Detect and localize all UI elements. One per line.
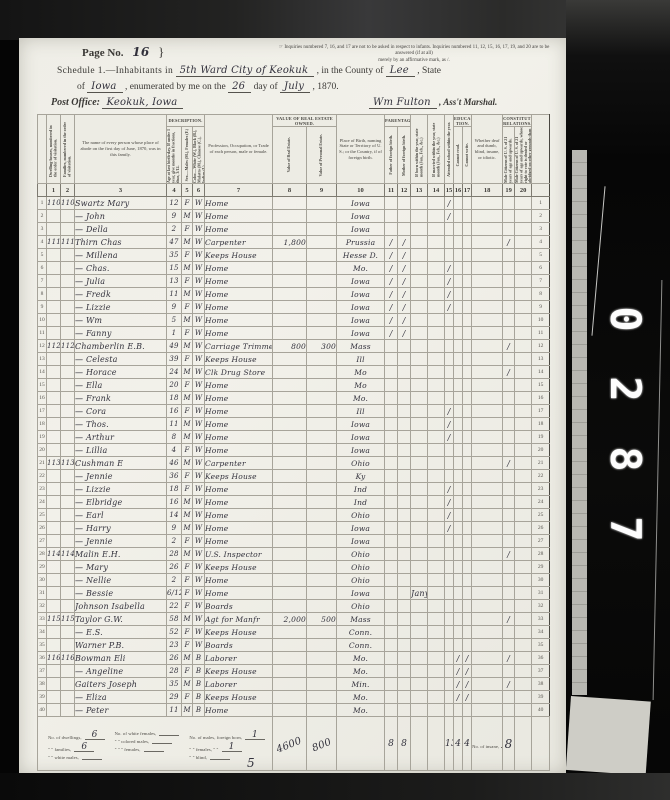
cell-family [61, 392, 75, 405]
post-office-handwritten: Keokuk, Iowa [102, 97, 183, 109]
cell-family [61, 496, 75, 509]
cell-real-estate [273, 353, 307, 366]
cell-deaf-dumb [472, 626, 503, 639]
cell-deaf-dumb [472, 405, 503, 418]
cell-cannot-write-tick [463, 496, 472, 509]
cell-born-month [411, 509, 428, 522]
col-family-header: Families, numbered in the order of visit… [61, 115, 75, 184]
cell-cannot-read-tick [454, 340, 463, 353]
cell-cannot-write-tick [463, 236, 472, 249]
cell-color: W [193, 197, 205, 210]
cell-row-number-left: 38 [38, 678, 47, 691]
cell-personal-estate [307, 418, 337, 431]
col-cannot-read-header: Cannot read. [454, 127, 463, 184]
insane-recap-cell: No. of insane, [472, 717, 503, 771]
cell-male-citizen-tick [503, 223, 515, 236]
cell-name: Thirn Chas [75, 236, 167, 249]
cell-married-month [428, 223, 445, 236]
cell-real-estate [273, 262, 307, 275]
cell-school-tick [445, 665, 454, 678]
cell-color: W [193, 535, 205, 548]
cell-mother-foreign-tick [398, 197, 411, 210]
cell-color: W [193, 457, 205, 470]
cell-cannot-write-tick [463, 522, 472, 535]
recap-line: " " white males, [48, 755, 105, 760]
cell-dwelling [47, 600, 61, 613]
cell-color: W [193, 626, 205, 639]
cell-male-citizen-tick [503, 314, 515, 327]
cell-family: 111 [61, 236, 75, 249]
cell-school-tick [445, 314, 454, 327]
cell-cannot-read-tick [454, 210, 463, 223]
cell-male-citizen-tick: / [503, 613, 515, 626]
cell-sex: M [182, 457, 193, 470]
cell-personal-estate [307, 444, 337, 457]
cell-row-number-left: 2 [38, 210, 47, 223]
cell-married-month [428, 275, 445, 288]
cell-real-estate [273, 210, 307, 223]
cell-family [61, 522, 75, 535]
cell-name: Swartz Mary [75, 197, 167, 210]
cell-born-month [411, 431, 428, 444]
cell-row-number-left: 7 [38, 275, 47, 288]
cell-dwelling [47, 483, 61, 496]
cell-married-month [428, 470, 445, 483]
recap-line: No. of dwellings,6 [48, 731, 105, 740]
cell-sex: F [182, 691, 193, 704]
cell-mother-foreign-tick [398, 340, 411, 353]
cell-row-number-right: 20 [532, 444, 550, 457]
cell-real-estate [273, 535, 307, 548]
cell-name: Gaiters Joseph [75, 678, 167, 691]
cell-deaf-dumb [472, 379, 503, 392]
cell-family [61, 678, 75, 691]
census-page: Page No. 16 } ☞ Inquiries numbered 7, 16… [19, 38, 567, 775]
cell-mother-foreign-tick [398, 457, 411, 470]
cell-father-foreign-tick [385, 210, 398, 223]
cell-cannot-write-tick: / [463, 665, 472, 678]
cell-color: W [193, 405, 205, 418]
cell-mother-foreign-tick [398, 522, 411, 535]
cell-deaf-dumb [472, 678, 503, 691]
table-row: 27 — Jennie 2 F W Home Iowa [38, 535, 550, 548]
cell-mother-foreign-tick [398, 600, 411, 613]
table-row: 31 — Bessie 6/12 F W Home Iowa Jany [38, 587, 550, 600]
cell-row-number-right: 6 [532, 262, 550, 275]
cell-age: 35 [167, 249, 182, 262]
cell-vote-denied [515, 392, 532, 405]
cell-name: Warner P.B. [75, 639, 167, 652]
cell-dwelling [47, 665, 61, 678]
table-row: 30 — Nellie 2 F W Home Ohio [38, 574, 550, 587]
cell-sex: F [182, 587, 193, 600]
cell-deaf-dumb [472, 210, 503, 223]
cell-birthplace: Ohio [337, 509, 385, 522]
cell-cannot-write-tick [463, 327, 472, 340]
cell-family [61, 691, 75, 704]
cell-color: W [193, 392, 205, 405]
cell-male-citizen-tick: / [503, 548, 515, 561]
table-row: 11 — Fanny 1 F W Home Iowa / / [38, 327, 550, 340]
cell-vote-denied [515, 600, 532, 613]
cell-school-tick: / [445, 496, 454, 509]
table-row: 17 — Cora 16 F W Home Ill [38, 405, 550, 418]
cell-father-foreign-tick [385, 652, 398, 665]
cell-male-citizen-tick: / [503, 457, 515, 470]
cell-married-month [428, 652, 445, 665]
cell-occupation: Home [205, 301, 273, 314]
table-row: 7 — Julia 13 F W Home Iowa / / [38, 275, 550, 288]
cell-row-number-left: 25 [38, 509, 47, 522]
cell-row-number-left: 19 [38, 431, 47, 444]
cell-male-citizen-tick [503, 444, 515, 457]
cell-row-number-right: 31 [532, 587, 550, 600]
cell-family [61, 379, 75, 392]
col-school-header: Attended school within the year. [445, 115, 454, 184]
cell-color: W [193, 236, 205, 249]
cell-vote-denied [515, 457, 532, 470]
cell-vote-denied [515, 509, 532, 522]
cell-vote-denied [515, 652, 532, 665]
cell-male-citizen-tick [503, 470, 515, 483]
table-row: 37 — Angeline 28 F B Keeps House Mo. [38, 665, 550, 678]
cell-birthplace: Ill [337, 405, 385, 418]
table-row: 28 114 114 Malin E.H. 28 M W U.S. Inspec… [38, 548, 550, 561]
cell-family: 110 [61, 197, 75, 210]
cell-mother-foreign-tick [398, 223, 411, 236]
cell-name: — Wm [75, 314, 167, 327]
cell-name: — Angeline [75, 665, 167, 678]
cell-father-foreign-tick: / [385, 236, 398, 249]
recap-line: " " colored males, [115, 739, 180, 744]
cell-family [61, 353, 75, 366]
col-born-month-header: If born within the year, state month (Ja… [411, 115, 428, 184]
cell-real-estate [273, 444, 307, 457]
cell-birthplace: Iowa [337, 522, 385, 535]
cell-name: — Frank [75, 392, 167, 405]
cell-occupation: Keeps House [205, 691, 273, 704]
cell-occupation: Keeps House [205, 470, 273, 483]
col-married-month-header: If married within the year, state month … [428, 115, 445, 184]
cell-school-tick [445, 639, 454, 652]
cell-row-number-right: 39 [532, 691, 550, 704]
col-occupation-header: Profession, Occupation, or Trade of each… [205, 115, 273, 184]
cell-birthplace: Conn. [337, 626, 385, 639]
cell-cannot-read-tick [454, 379, 463, 392]
cell-vote-denied [515, 236, 532, 249]
cell-birthplace: Ohio [337, 574, 385, 587]
cell-cannot-write-tick [463, 444, 472, 457]
cell-row-number-right: 18 [532, 418, 550, 431]
cell-real-estate [273, 509, 307, 522]
table-row: 16 — Frank 18 M W Home Mo. [38, 392, 550, 405]
cell-dwelling: 115 [47, 613, 61, 626]
cell-row-number-left: 11 [38, 327, 47, 340]
cell-age: 22 [167, 600, 182, 613]
cell-mother-foreign-tick: / [398, 262, 411, 275]
cell-family [61, 405, 75, 418]
cell-married-month [428, 327, 445, 340]
cell-family: 114 [61, 548, 75, 561]
cell-cannot-read-tick [454, 301, 463, 314]
cell-male-citizen-tick [503, 197, 515, 210]
post-office-line: Post Office: Keokuk, Iowa [51, 97, 183, 108]
cell-school-tick [445, 353, 454, 366]
cell-family [61, 327, 75, 340]
cell-deaf-dumb [472, 236, 503, 249]
cell-male-citizen-tick [503, 379, 515, 392]
cell-born-month [411, 366, 428, 379]
cell-male-citizen-tick [503, 483, 515, 496]
cell-deaf-dumb [472, 561, 503, 574]
table-row: 6 — Chas. 15 M W Home Mo. / / [38, 262, 550, 275]
cell-mother-foreign-tick [398, 379, 411, 392]
cell-dwelling: 113 [47, 457, 61, 470]
cell-birthplace: Mo. [337, 392, 385, 405]
cell-real-estate [273, 574, 307, 587]
cell-real-estate: 800 [273, 340, 307, 353]
cell-name: — Peter [75, 704, 167, 717]
adjacent-page-corner [566, 696, 651, 775]
cell-dwelling [47, 392, 61, 405]
cell-name: — Cora [75, 405, 167, 418]
cell-mother-foreign-tick [398, 444, 411, 457]
cell-personal-estate [307, 431, 337, 444]
cell-sex: M [182, 652, 193, 665]
cell-sex: F [182, 639, 193, 652]
cell-color: W [193, 522, 205, 535]
cell-school-tick [445, 327, 454, 340]
cell-father-foreign-tick [385, 509, 398, 522]
cell-family [61, 431, 75, 444]
cell-color: W [193, 249, 205, 262]
cell-vote-denied [515, 275, 532, 288]
cell-age: 2 [167, 535, 182, 548]
cell-row-number-left: 26 [38, 522, 47, 535]
table-row: 33 115 115 Taylor G.W. 58 M W Agt for Ma… [38, 613, 550, 626]
cell-father-foreign-tick [385, 223, 398, 236]
adjacent-page-sliver [572, 150, 587, 695]
cell-father-foreign-tick: / [385, 275, 398, 288]
cell-father-foreign-tick [385, 600, 398, 613]
cell-cannot-write-tick [463, 587, 472, 600]
cell-occupation: Home [205, 392, 273, 405]
cell-born-month [411, 652, 428, 665]
cell-row-number-right: 26 [532, 522, 550, 535]
cell-color: B [193, 665, 205, 678]
cell-sex: M [182, 340, 193, 353]
cell-married-month [428, 704, 445, 717]
cell-married-month [428, 353, 445, 366]
cell-school-tick [445, 587, 454, 600]
cell-row-number-right: 30 [532, 574, 550, 587]
cell-personal-estate [307, 288, 337, 301]
cell-name: — Elbridge [75, 496, 167, 509]
cell-occupation: Home [205, 483, 273, 496]
cell-birthplace: Ill [337, 353, 385, 366]
cell-personal-estate: 500 [307, 613, 337, 626]
cell-personal-estate [307, 600, 337, 613]
cell-occupation: Home [205, 587, 273, 600]
recap-line: No. of males, foreign born,1 [189, 731, 265, 740]
cell-color: W [193, 275, 205, 288]
cell-real-estate [273, 600, 307, 613]
cell-married-month [428, 366, 445, 379]
cell-occupation: Home [205, 197, 273, 210]
cell-deaf-dumb [472, 223, 503, 236]
table-row: 23 — Lizzie 18 F W Home Ind [38, 483, 550, 496]
film-digit-8: 8 [590, 435, 660, 483]
cell-vote-denied [515, 470, 532, 483]
cell-deaf-dumb [472, 509, 503, 522]
cell-real-estate [273, 548, 307, 561]
cell-vote-denied [515, 210, 532, 223]
cell-occupation: Home [205, 704, 273, 717]
cell-cannot-read-tick [454, 626, 463, 639]
cell-personal-estate [307, 236, 337, 249]
cell-personal-estate [307, 561, 337, 574]
cell-male-citizen-tick [503, 665, 515, 678]
cell-name: — Mary [75, 561, 167, 574]
cell-cannot-read-tick [454, 314, 463, 327]
cell-vote-denied [515, 431, 532, 444]
cell-vote-denied [515, 483, 532, 496]
cell-sex: F [182, 353, 193, 366]
cell-cannot-write-tick [463, 457, 472, 470]
cell-mother-foreign-tick [398, 574, 411, 587]
cell-personal-estate [307, 262, 337, 275]
cell-sex: M [182, 522, 193, 535]
cell-name: — Harry [75, 522, 167, 535]
cell-married-month [428, 496, 445, 509]
cell-dwelling [47, 366, 61, 379]
cell-vote-denied [515, 262, 532, 275]
cell-cannot-write-tick [463, 639, 472, 652]
cell-school-tick [445, 457, 454, 470]
cell-occupation: Home [205, 418, 273, 431]
cell-age: 2 [167, 574, 182, 587]
cell-row-number-right: 5 [532, 249, 550, 262]
cell-color: W [193, 418, 205, 431]
cell-personal-estate [307, 535, 337, 548]
cell-father-foreign-tick [385, 366, 398, 379]
cell-cannot-read-tick: / [454, 678, 463, 691]
cell-occupation: Home [205, 535, 273, 548]
cell-personal-estate [307, 366, 337, 379]
cell-dwelling [47, 561, 61, 574]
cell-born-month [411, 223, 428, 236]
cell-male-citizen-tick: / [503, 366, 515, 379]
cell-age: 12 [167, 197, 182, 210]
cell-deaf-dumb [472, 522, 503, 535]
table-row: 25 — Earl 14 M W Home Ohio [38, 509, 550, 522]
cell-sex: F [182, 197, 193, 210]
cell-row-number-left: 20 [38, 444, 47, 457]
cell-color: W [193, 431, 205, 444]
cell-age: 18 [167, 483, 182, 496]
cell-real-estate [273, 626, 307, 639]
cell-occupation: Home [205, 288, 273, 301]
cell-mother-foreign-tick [398, 210, 411, 223]
cell-vote-denied [515, 626, 532, 639]
film-digit-2: 2 [590, 365, 660, 413]
cell-row-number-right: 22 [532, 470, 550, 483]
cell-cannot-read-tick [454, 288, 463, 301]
cell-married-month [428, 236, 445, 249]
cell-age: 29 [167, 691, 182, 704]
cell-deaf-dumb [472, 327, 503, 340]
cell-sex: M [182, 509, 193, 522]
cell-family [61, 561, 75, 574]
cell-birthplace: Iowa [337, 535, 385, 548]
cell-school-tick: / [445, 288, 454, 301]
cell-birthplace: Iowa [337, 444, 385, 457]
table-row: 14 — Horace 24 M W Clk Drug Store Mo [38, 366, 550, 379]
cell-school-tick [445, 340, 454, 353]
cell-dwelling [47, 509, 61, 522]
cell-row-number-right: 12 [532, 340, 550, 353]
cell-father-foreign-tick [385, 639, 398, 652]
cell-color: B [193, 691, 205, 704]
cell-name: — Lillia [75, 444, 167, 457]
cell-dwelling [47, 418, 61, 431]
cell-personal-estate [307, 626, 337, 639]
cell-dwelling [47, 587, 61, 600]
cell-family [61, 665, 75, 678]
cell-name: Taylor G.W. [75, 613, 167, 626]
cell-occupation: Home [205, 327, 273, 340]
cell-born-month [411, 665, 428, 678]
cell-row-number-right: 3 [532, 223, 550, 236]
cell-sex: M [182, 314, 193, 327]
cell-occupation: Home [205, 444, 273, 457]
cell-name: — Eliza [75, 691, 167, 704]
col-mother-foreign-header: Mother of foreign birth. [398, 127, 411, 184]
table-row: 4 111 111 Thirn Chas 47 M W Carpenter 1,… [38, 236, 550, 249]
cell-mother-foreign-tick: / [398, 249, 411, 262]
cell-row-number-left: 36 [38, 652, 47, 665]
cell-born-month [411, 314, 428, 327]
cell-male-citizen-tick [503, 561, 515, 574]
cell-male-citizen-tick [503, 574, 515, 587]
cell-row-number-right: 27 [532, 535, 550, 548]
cell-male-citizen-tick [503, 522, 515, 535]
cell-birthplace: Iowa [337, 327, 385, 340]
cell-male-citizen-tick [503, 431, 515, 444]
cell-born-month [411, 535, 428, 548]
cell-deaf-dumb [472, 483, 503, 496]
cell-dwelling: 116 [47, 652, 61, 665]
cell-row-number-left: 24 [38, 496, 47, 509]
cell-personal-estate [307, 665, 337, 678]
cell-male-citizen-tick [503, 626, 515, 639]
cell-family: 115 [61, 613, 75, 626]
citizen-total: 8 [503, 717, 515, 771]
cell-color: W [193, 340, 205, 353]
cell-married-month [428, 483, 445, 496]
group-constitutional: CONSTITUTIONAL RELATIONS. [503, 115, 532, 127]
cell-row-number-left: 39 [38, 691, 47, 704]
cell-age: 39 [167, 353, 182, 366]
cell-family [61, 639, 75, 652]
cell-row-number-left: 21 [38, 457, 47, 470]
cell-age: 8 [167, 431, 182, 444]
cell-deaf-dumb [472, 704, 503, 717]
cell-personal-estate [307, 483, 337, 496]
cell-personal-estate [307, 327, 337, 340]
cell-family [61, 470, 75, 483]
cell-occupation: Boards [205, 600, 273, 613]
